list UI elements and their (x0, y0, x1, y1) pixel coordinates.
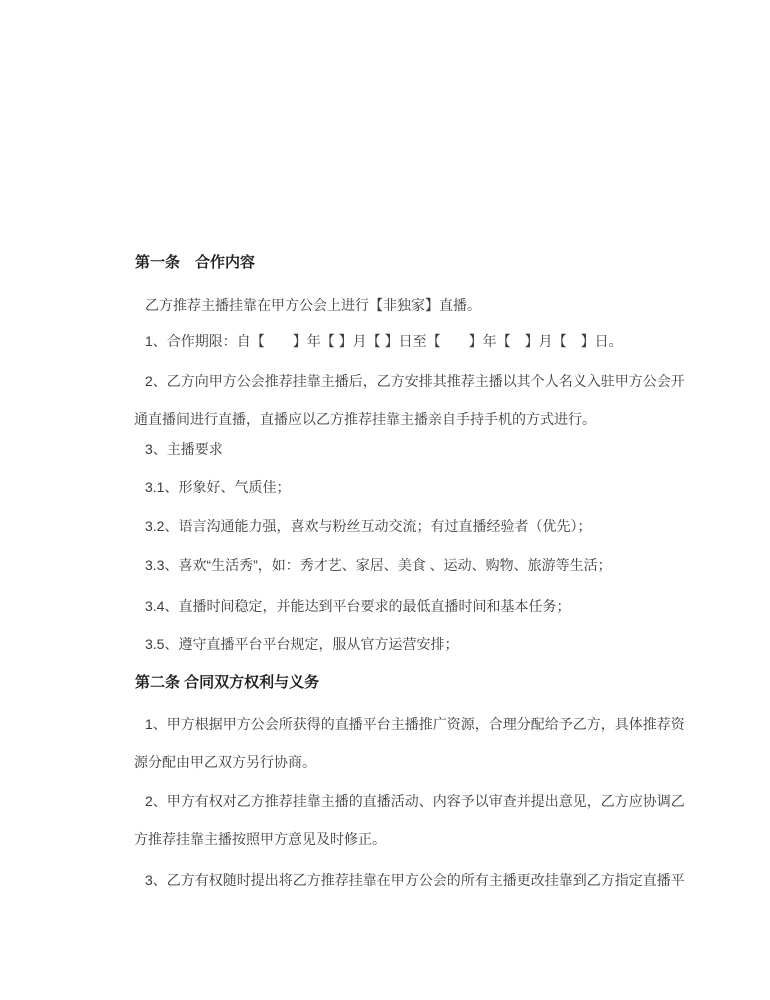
section-1-clause-3-line: 3、主播要求 (145, 439, 223, 459)
section-1-clause-2-line-1: 2、乙方向甲方公会推荐挂靠主播后，乙方安排其推荐主播以其个人名义入驻甲方公会开 (145, 371, 685, 391)
section-2-heading: 第二条 合同双方权利与义务 (135, 673, 319, 693)
section-1-clause-3-2-line: 3.2、语言沟通能力强，喜欢与粉丝互动交流；有过直播经验者（优先）； (145, 516, 591, 536)
section-2-clause-2-line-2: 方推荐挂靠主播按照甲方意见及时修正。 (134, 829, 386, 849)
section-1-clause-1-line: 1、合作期限：自【 】年【 】月【 】日至【 】年【 】月【 】日。 (145, 331, 623, 351)
section-1-clause-3-5-line: 3.5、遵守直播平台平台规定，服从官方运营安排； (145, 634, 458, 654)
section-2-clause-1-line-2: 源分配由甲乙双方另行协商。 (134, 752, 316, 772)
section-1-paragraph-line: 乙方推荐主播挂靠在甲方公会上进行【非独家】直播。 (145, 295, 481, 315)
section-2-clause-2-line-1: 2、甲方有权对乙方推荐挂靠主播的直播活动、内容予以审查并提出意见，乙方应协调乙 (145, 791, 685, 811)
section-1-clause-2-line-2: 通直播间进行直播，直播应以乙方推荐挂靠主播亲自手持手机的方式进行。 (134, 409, 596, 429)
section-2-clause-3-line-1: 3、乙方有权随时提出将乙方推荐挂靠在甲方公会的所有主播更改挂靠到乙方指定直播平 (145, 870, 685, 890)
document-page: 第一条 合作内容 乙方推荐主播挂靠在甲方公会上进行【非独家】直播。 1、合作期限… (0, 0, 770, 1000)
section-2-clause-1-line-1: 1、甲方根据甲方公会所获得的直播平台主播推广资源，合理分配给予乙方，具体推荐资 (145, 714, 685, 734)
section-1-clause-3-3-line: 3.3、喜欢“生活秀”，如：秀才艺、家居、美食 、运动、购物、旅游等生活； (145, 555, 612, 575)
section-1-clause-3-1-line: 3.1、形象好、气质佳； (145, 477, 290, 497)
section-1-clause-3-4-line: 3.4、直播时间稳定，并能达到平台要求的最低直播时间和基本任务； (145, 596, 570, 616)
section-1-heading: 第一条 合作内容 (135, 253, 255, 273)
